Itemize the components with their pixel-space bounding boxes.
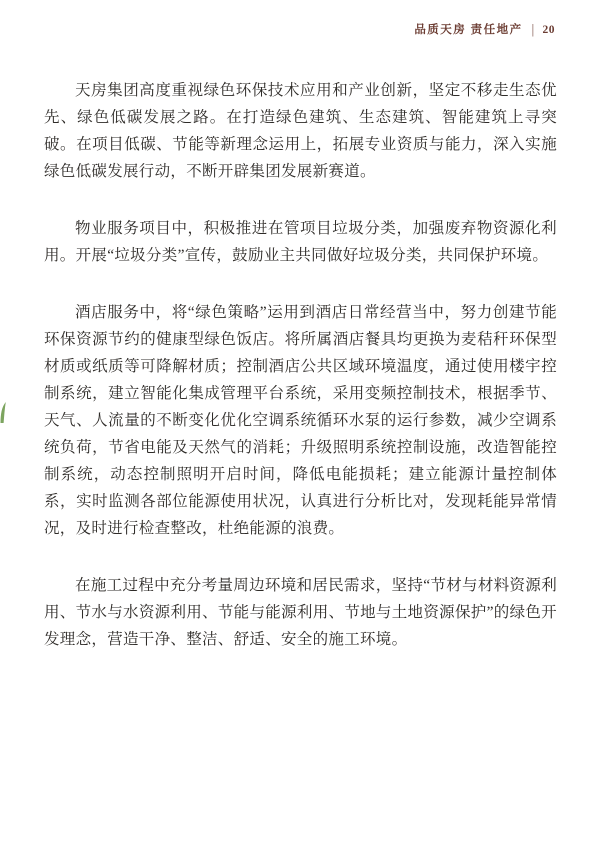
paragraph-construction-environment: 在施工过程中充分考量周边环境和居民需求，坚持“节材与材料资源利用、节水与水资源利… xyxy=(44,572,557,653)
paragraph-property-waste-sorting: 物业服务项目中，积极推进在管项目垃圾分类，加强废弃物资源化利用。开展“垃圾分类”… xyxy=(44,215,557,269)
page-number: 20 xyxy=(543,24,556,36)
leaf-icon xyxy=(0,402,7,423)
header-separator: | xyxy=(532,23,536,37)
leaf-icon-shape xyxy=(1,402,6,423)
page-header: 品质天房 责任地产|20 xyxy=(414,21,555,37)
paragraph-green-technology: 天房集团高度重视绿色环保技术应用和产业创新，坚定不移走生态优先、绿色低碳发展之路… xyxy=(44,77,557,185)
paragraph-hotel-green-strategy: 酒店服务中，将“绿色策略”运用到酒店日常经营当中，努力创建节能环保资源节约的健康… xyxy=(44,299,557,542)
header-brand-text: 品质天房 责任地产 xyxy=(414,24,522,36)
document-body: 天房集团高度重视绿色环保技术应用和产业创新，坚定不移走生态优先、绿色低碳发展之路… xyxy=(44,77,557,683)
document-page: 品质天房 责任地产|20 天房集团高度重视绿色环保技术应用和产业创新，坚定不移走… xyxy=(0,0,600,847)
